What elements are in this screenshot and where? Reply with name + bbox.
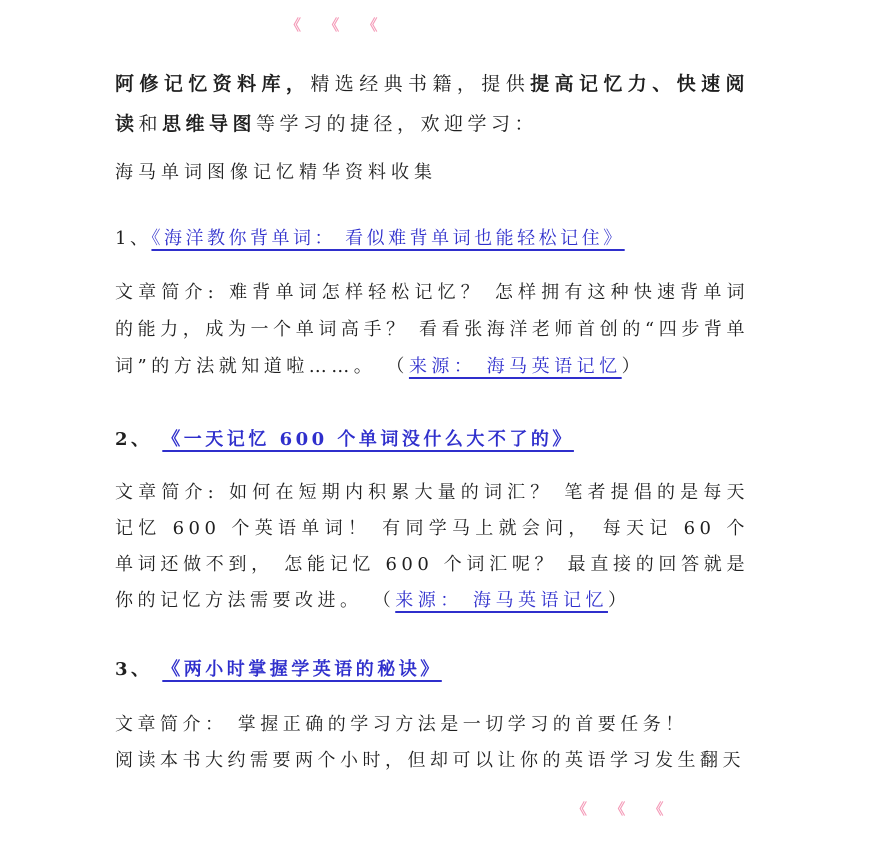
section-1-summary: 文章简介: 难背单词怎样轻松记忆？ 怎样拥有这种快速背单词的能力，成为一个单词高… bbox=[115, 274, 749, 385]
section-3-number: 3、 bbox=[115, 659, 162, 680]
section-2-close-paren: ） bbox=[608, 590, 631, 611]
article-link-1[interactable]: 《海洋教你背单词： 看似难背单词也能轻松记住》 bbox=[151, 228, 624, 249]
source-link-2[interactable]: 来源： 海马英语记忆 bbox=[395, 590, 608, 611]
section-2-summary: 文章简介: 如何在短期内积累大量的词汇？ 笔者提倡的是每天记忆 600 个英语单… bbox=[115, 475, 749, 619]
section-2-number: 2、 bbox=[115, 429, 162, 450]
article-link-3[interactable]: 《两小时掌握学英语的秘诀》 bbox=[162, 659, 442, 680]
heading-segment-bold: 思维导图 bbox=[162, 113, 256, 135]
heading-segment-bold: 阿修记忆资料库， bbox=[115, 73, 310, 95]
collection-subtitle: 海马单词图像记忆精华资料收集 bbox=[115, 158, 749, 188]
heading-segment: 和 bbox=[139, 113, 163, 135]
section-1-number: 1、 bbox=[115, 228, 151, 249]
source-link-1[interactable]: 来源： 海马英语记忆 bbox=[409, 356, 622, 377]
bottom-page-ornament: 《 《 《 bbox=[572, 798, 672, 819]
heading-segment: 精选经典书籍，提供 bbox=[310, 73, 530, 95]
intro-heading: 阿修记忆资料库，精选经典书籍，提供提高记忆力、快速阅读和思维导图等学习的捷径，欢… bbox=[115, 64, 749, 144]
section-2-title: 2、 《一天记忆 600 个单词没什么大不了的》 bbox=[115, 425, 749, 455]
section-1-close-paren: ） bbox=[622, 356, 645, 377]
heading-segment: 等学习的捷径，欢迎学习： bbox=[256, 113, 538, 135]
document-body: 阿修记忆资料库，精选经典书籍，提供提高记忆力、快速阅读和思维导图等学习的捷径，欢… bbox=[115, 64, 749, 779]
article-link-2[interactable]: 《一天记忆 600 个单词没什么大不了的》 bbox=[162, 429, 574, 450]
section-3-intro-line2: 阅读本书大约需要两个小时，但却可以让你的英语学习发生翻天 bbox=[115, 750, 745, 771]
section-1-title: 1、《海洋教你背单词： 看似难背单词也能轻松记住》 bbox=[115, 224, 749, 254]
section-3-title: 3、 《两小时掌握学英语的秘诀》 bbox=[115, 655, 749, 685]
section-3-summary: 文章简介： 掌握正确的学习方法是一切学习的首要任务！阅读本书大约需要两个小时，但… bbox=[115, 707, 749, 779]
document-page: { "page": { "background": "#ffffff", "te… bbox=[0, 0, 870, 842]
top-page-ornament: 《 《 《 bbox=[286, 14, 386, 35]
section-3-intro-line1: 文章简介： 掌握正确的学习方法是一切学习的首要任务！ bbox=[115, 714, 688, 735]
